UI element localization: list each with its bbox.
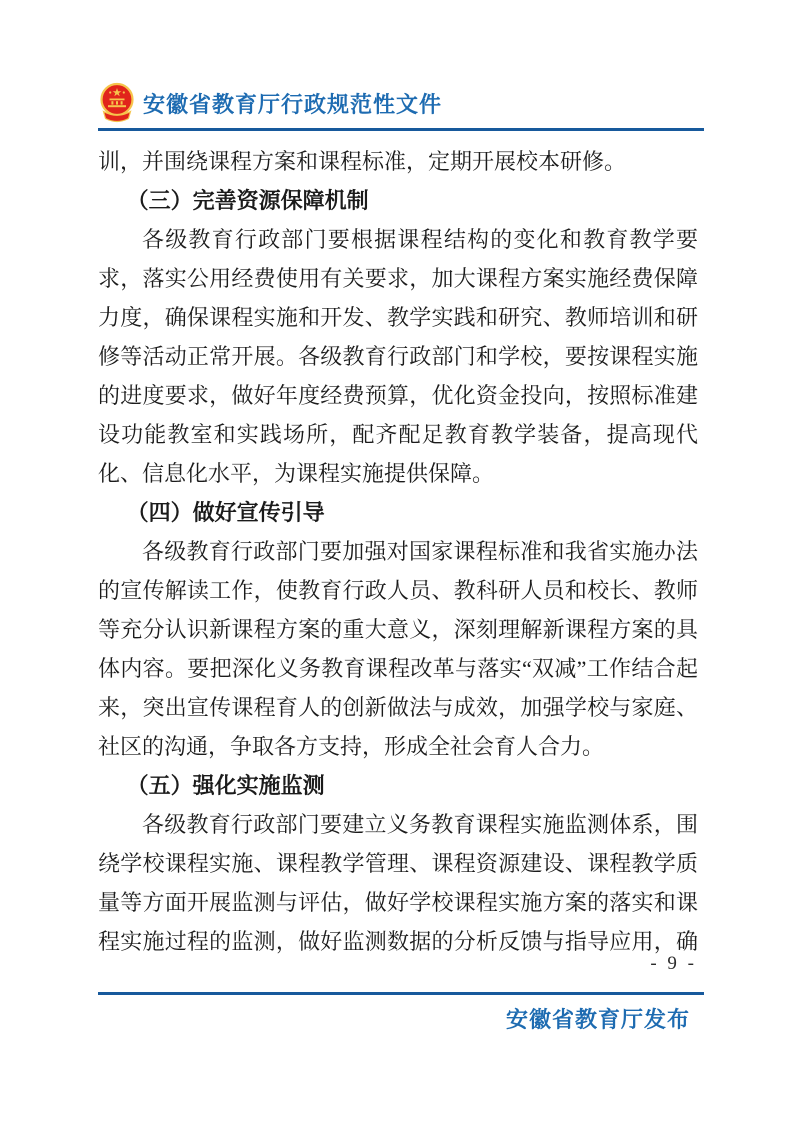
footer-divider-rule <box>98 992 704 995</box>
china-national-emblem-icon <box>98 82 136 124</box>
document-page: 安徽省教育厅行政规范性文件 训，并围绕课程方案和课程标准，定期开展校本研修。 （… <box>0 0 793 1122</box>
header-title: 安徽省教育厅行政规范性文件 <box>143 88 442 119</box>
page-number: - 9 - <box>650 953 697 975</box>
body-paragraph-resource-guarantee: 各级教育行政部门要根据课程结构的变化和教育教学要求，落实公用经费使用有关要求，加… <box>98 220 698 493</box>
document-body: 训，并围绕课程方案和课程标准，定期开展校本研修。 （三）完善资源保障机制 各级教… <box>98 142 698 964</box>
document-header: 安徽省教育厅行政规范性文件 <box>98 82 702 124</box>
header-divider-rule <box>98 128 704 131</box>
paragraph-continuation: 训，并围绕课程方案和课程标准，定期开展校本研修。 <box>98 142 698 181</box>
section-heading-resource-guarantee: （三）完善资源保障机制 <box>98 181 698 220</box>
section-heading-publicity-guidance: （四）做好宣传引导 <box>98 493 698 532</box>
body-paragraph-implementation-monitoring: 各级教育行政部门要建立义务教育课程实施监测体系，围绕学校课程实施、课程教学管理、… <box>98 805 698 964</box>
section-heading-implementation-monitoring: （五）强化实施监测 <box>98 766 698 805</box>
body-paragraph-publicity-guidance: 各级教育行政部门要加强对国家课程标准和我省实施办法的宣传解读工作，使教育行政人员… <box>98 532 698 766</box>
publisher-label: 安徽省教育厅发布 <box>506 1003 690 1034</box>
